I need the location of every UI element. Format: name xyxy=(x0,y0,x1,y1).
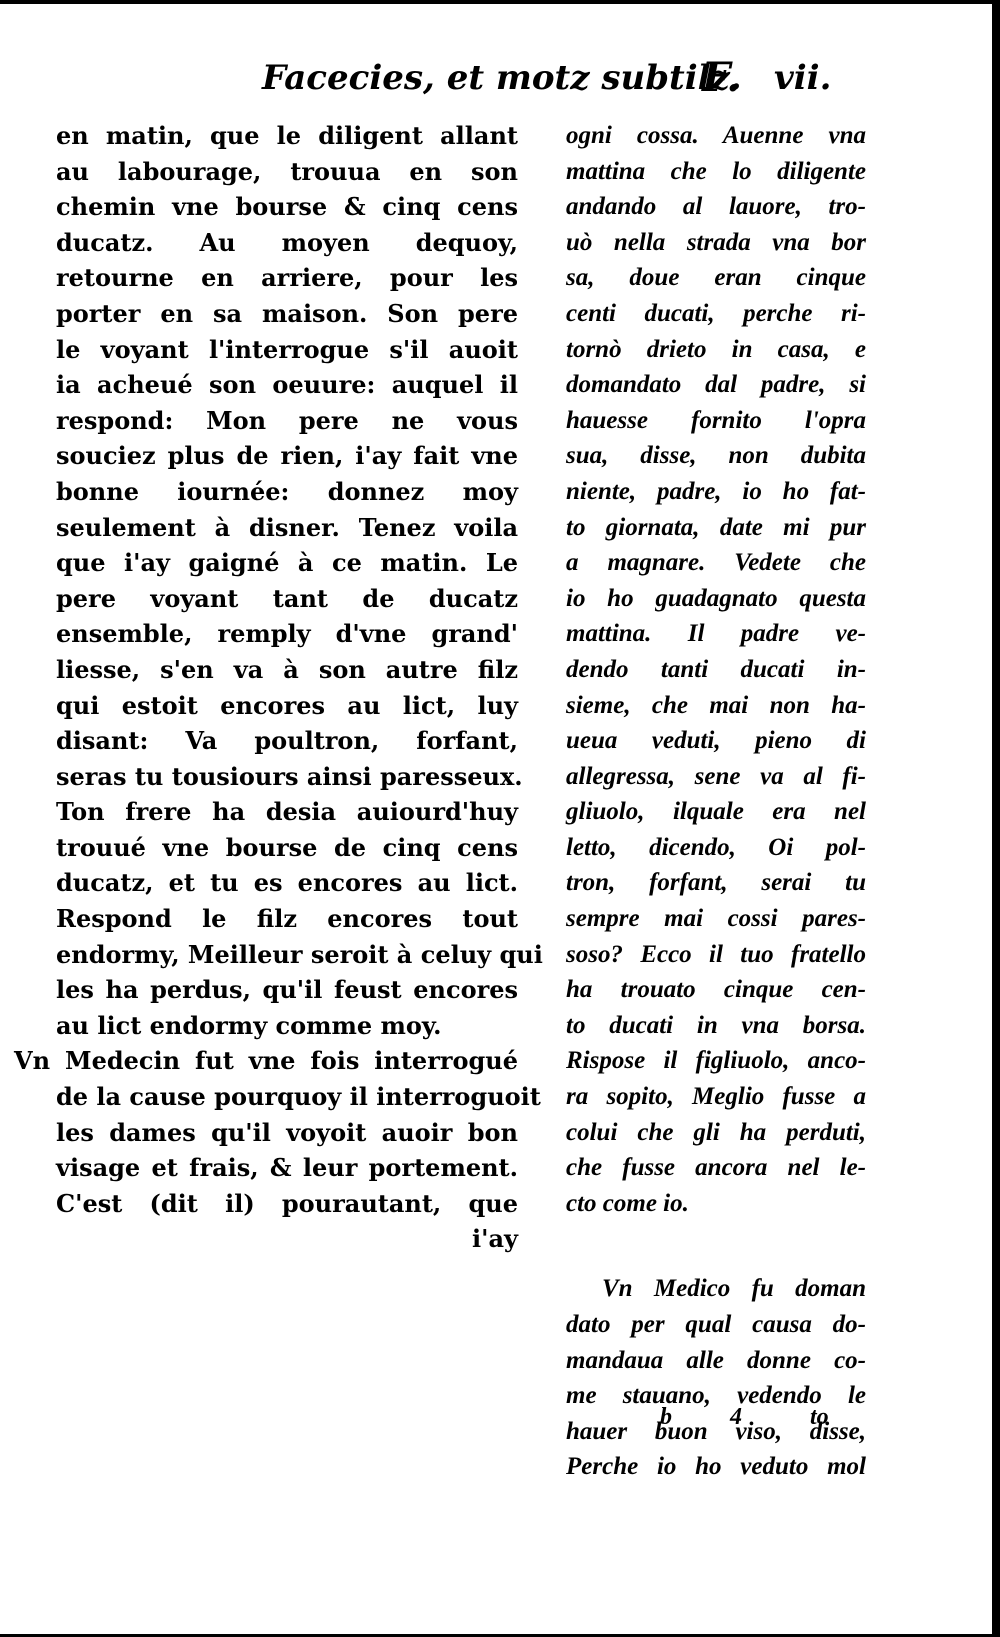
text-line: ueua veduti, pieno di xyxy=(566,723,866,759)
text-line: to giornata, date mi pur xyxy=(566,510,866,546)
running-head: Facecies, et motz subtilz. F. vii. xyxy=(262,48,882,108)
text-line: seras tu tousiours ainsi paresseux. xyxy=(56,759,518,795)
catchword: i'ay xyxy=(56,1221,518,1257)
text-line: ducatz. Au moyen dequoy, xyxy=(56,225,518,261)
text-line: dendo tanti ducati in- xyxy=(566,652,866,688)
footer-signature-number: 4 xyxy=(730,1404,742,1431)
text-line: cto come io. xyxy=(566,1186,866,1222)
text-line: au lict endormy comme moy. xyxy=(56,1008,518,1044)
text-line: allegressa, sene va al fi- xyxy=(566,759,866,795)
text-line: ogni cossa. Auenne vna xyxy=(566,118,866,154)
signature-mark: F. xyxy=(702,48,740,108)
text-line: uò nella strada vna bor xyxy=(566,225,866,261)
scan-edge-top xyxy=(0,0,1000,4)
text-line: andando al lauore, tro- xyxy=(566,189,866,225)
text-line: Perche io ho veduto mol xyxy=(566,1449,866,1485)
text-line: sieme, che mai non ha- xyxy=(566,688,866,724)
text-line: hauesse fornito l'opra xyxy=(566,403,866,439)
text-line: io ho guadagnato questa xyxy=(566,581,866,617)
text-line: ha trouato cinque cen- xyxy=(566,972,866,1008)
text-line: tron, forfant, serai tu xyxy=(566,865,866,901)
text-line: mandaua alle donne co- xyxy=(566,1343,866,1379)
text-line: endormy, Meilleur seroit à celuy qui xyxy=(56,937,518,973)
text-line: mattina. Il padre ve- xyxy=(566,616,866,652)
text-line: de la cause pourquoy il interroguoit xyxy=(56,1079,518,1115)
french-column: en matin, que le diligent allant au labo… xyxy=(56,118,518,1257)
text-line: ra sopito, Meglio fusse a xyxy=(566,1079,866,1115)
text-line: liesse, s'en va à son autre filz xyxy=(56,652,518,688)
text-line: sa, doue eran cinque xyxy=(566,260,866,296)
text-line: colui che gli ha perduti, xyxy=(566,1115,866,1151)
text-line: dato per qual causa do- xyxy=(566,1307,866,1343)
text-line: que i'ay gaigné à ce matin. Le xyxy=(56,545,518,581)
text-line: disant: Va poultron, forfant, xyxy=(56,723,518,759)
text-line: trouué vne bourse de cinq cens xyxy=(56,830,518,866)
text-line: les dames qu'il voyoit auoir bon xyxy=(56,1115,518,1151)
text-line: respond: Mon pere ne vous xyxy=(56,403,518,439)
text-line: ducatz, et tu es encores au lict. xyxy=(56,865,518,901)
text-line: che fusse ancora nel le- xyxy=(566,1150,866,1186)
text-line: to ducati in vna borsa. xyxy=(566,1008,866,1044)
footer-signature-mark: b xyxy=(660,1404,672,1431)
text-line: a magnare. Vedete che xyxy=(566,545,866,581)
text-line: C'est (dit il) pourautant, que xyxy=(56,1186,518,1222)
text-line: souciez plus de rien, i'ay fait vne xyxy=(56,438,518,474)
text-line: les ha perdus, qu'il feust encores xyxy=(56,972,518,1008)
text-line: pere voyant tant de ducatz xyxy=(56,581,518,617)
text-line: chemin vne bourse & cinq cens xyxy=(56,189,518,225)
text-line: mattina che lo diligente xyxy=(566,154,866,190)
italian-column: ogni cossa. Auenne vna mattina che lo di… xyxy=(566,118,866,1485)
text-line: sempre mai cossi pares- xyxy=(566,901,866,937)
text-line: retourne en arriere, pour les xyxy=(56,260,518,296)
footer-catchword: to xyxy=(810,1404,829,1431)
paragraph-gap xyxy=(566,1221,866,1271)
text-line: Rispose il figliuolo, anco- xyxy=(566,1043,866,1079)
text-line: Respond le filz encores tout xyxy=(56,901,518,937)
folio-number: vii. xyxy=(774,48,831,108)
text-line: ia acheué son oeuure: auquel il xyxy=(56,367,518,403)
text-line: le voyant l'interrogue s'il auoit xyxy=(56,332,518,368)
text-line: seulement à disner. Tenez voila xyxy=(56,510,518,546)
book-page: Facecies, et motz subtilz. F. vii. en ma… xyxy=(0,0,1000,1637)
text-line: letto, dicendo, Oi pol- xyxy=(566,830,866,866)
text-line: bonne iournée: donnez moy xyxy=(56,474,518,510)
text-line: niente, padre, io ho fat- xyxy=(566,474,866,510)
running-head-title: Facecies, et motz subtilz. xyxy=(262,48,742,108)
text-line: qui estoit encores au lict, luy xyxy=(56,688,518,724)
text-line: soso? Ecco il tuo fratello xyxy=(566,937,866,973)
text-line: Ton frere ha desia auiourd'huy xyxy=(56,794,518,830)
text-line: porter en sa maison. Son pere xyxy=(56,296,518,332)
story-opening-line: Vn Medecin fut vne fois interrogué xyxy=(14,1043,518,1079)
text-line: centi ducati, perche ri- xyxy=(566,296,866,332)
text-line: visage et frais, & leur portement. xyxy=(56,1150,518,1186)
text-line: au labourage, trouua en son xyxy=(56,154,518,190)
text-line: gliuolo, ilquale era nel xyxy=(566,794,866,830)
text-line: tornò drieto in casa, e xyxy=(566,332,866,368)
scan-edge-right xyxy=(992,0,1000,1637)
text-line: ensemble, remply d'vne grand' xyxy=(56,616,518,652)
text-line: en matin, que le diligent allant xyxy=(56,118,518,154)
text-line: domandato dal padre, si xyxy=(566,367,866,403)
story-opening-line: Vn Medico fu doman xyxy=(566,1271,866,1307)
text-line: sua, disse, non dubita xyxy=(566,438,866,474)
